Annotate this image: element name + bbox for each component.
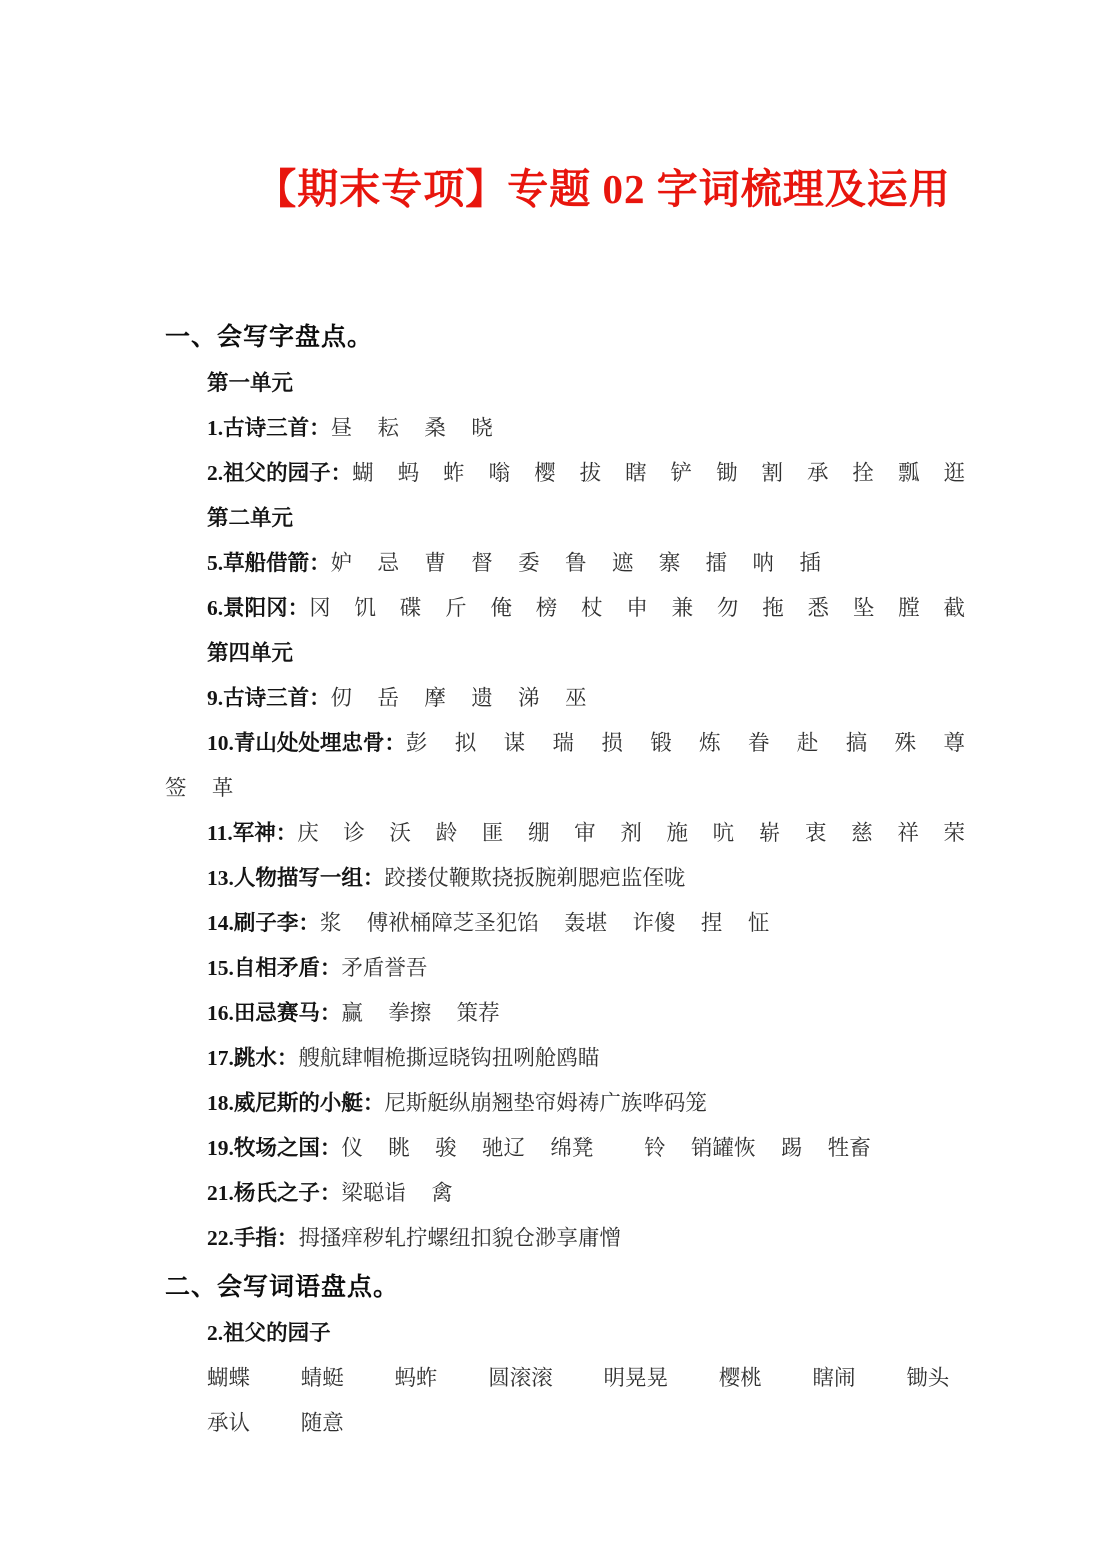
char-list: 昼 耘 桑 晓 xyxy=(331,406,965,451)
char-list: 庆 诊 沃 龄 匪 绷 审 剂 施 吭 崭 衷 慈 祥 荣 xyxy=(297,811,965,856)
char-list: 梁聪诣 禽 xyxy=(341,1171,965,1216)
lesson-line-18: 18.威尼斯的小艇： 尼斯艇纵崩翘垫帘姆祷广族哗码笼 xyxy=(165,1081,965,1126)
unit-label: 第二单元 xyxy=(207,496,293,541)
word-list: 蝴蝶 蜻蜓 蚂蚱 圆滚滚 明晃晃 樱桃 瞎闹 锄头 承认 随意 xyxy=(207,1356,965,1446)
section-2-heading: 二、会写词语盘点。 xyxy=(165,1265,965,1311)
unit-1-heading: 第一单元 xyxy=(165,361,965,406)
char-list: 矛盾誉吾 xyxy=(341,946,965,991)
char-list: 彭 拟 谋 瑞 损 锻 炼 眷 赴 搞 殊 尊 xyxy=(406,721,965,766)
lesson-label: 13.人物描写一组： xyxy=(207,856,384,901)
lesson-label: 11.军神： xyxy=(207,811,297,856)
unit-label: 第四单元 xyxy=(207,631,293,676)
lesson-label: 19.牧场之国： xyxy=(207,1126,341,1171)
document-page: 【期末专项】专题 02 字词梳理及运用 一、会写字盘点。 第一单元 1.古诗三首… xyxy=(0,0,1102,1559)
lesson-line-15: 15.自相矛盾： 矛盾誉吾 xyxy=(165,946,965,991)
lesson-line-17: 17.跳水： 艘航肆帽桅撕逗晓钩扭咧舱鸥瞄 xyxy=(165,1036,965,1081)
lesson-line-10-continuation: 签 革 xyxy=(165,766,965,811)
lesson-line-2b: 2.祖父的园子 xyxy=(165,1311,965,1356)
lesson-line-10: 10.青山处处埋忠骨： 彭 拟 谋 瑞 损 锻 炼 眷 赴 搞 殊 尊 xyxy=(165,721,965,766)
lesson-label: 22.手指： xyxy=(207,1216,298,1261)
lesson-line-1: 1.古诗三首： 昼 耘 桑 晓 xyxy=(165,406,965,451)
unit-label: 第一单元 xyxy=(207,361,293,406)
document-body: 一、会写字盘点。 第一单元 1.古诗三首： 昼 耘 桑 晓 2.祖父的园子： 蝴… xyxy=(165,315,965,1446)
lesson-line-22: 22.手指： 拇搔痒秽轧拧螺纽扣貌仓渺享庸憎 xyxy=(165,1216,965,1261)
lesson-line-21: 21.杨氏之子： 梁聪诣 禽 xyxy=(165,1171,965,1216)
lesson-line-6: 6.景阳冈： 冈 饥 碟 斤 俺 榜 杖 申 兼 勿 拖 悉 坠 膛 截 xyxy=(165,586,965,631)
lesson-label: 17.跳水： xyxy=(207,1036,298,1081)
lesson-line-16: 16.田忌赛马： 赢 拳擦 策荐 xyxy=(165,991,965,1036)
lesson-label: 2.祖父的园子 xyxy=(207,1311,331,1356)
char-list: 蝴 蚂 蚱 嗡 樱 拔 瞎 铲 锄 割 承 拴 瓢 逛 xyxy=(352,451,965,496)
lesson-line-2: 2.祖父的园子： 蝴 蚂 蚱 嗡 樱 拔 瞎 铲 锄 割 承 拴 瓢 逛 xyxy=(165,451,965,496)
lesson-label: 21.杨氏之子： xyxy=(207,1171,341,1216)
lesson-label: 1.古诗三首： xyxy=(207,406,331,451)
lesson-line-9: 9.古诗三首： 仞 岳 摩 遗 涕 巫 xyxy=(165,676,965,721)
lesson-line-5: 5.草船借箭： 妒 忌 曹 督 委 鲁 遮 寨 擂 呐 插 xyxy=(165,541,965,586)
char-list: 艘航肆帽桅撕逗晓钩扭咧舱鸥瞄 xyxy=(298,1036,965,1081)
char-list: 浆 傅袱桶障芝圣犯馅 轰堪 诈傻 捏 怔 xyxy=(320,901,965,946)
lesson-label: 6.景阳冈： xyxy=(207,586,309,631)
char-list: 尼斯艇纵崩翘垫帘姆祷广族哗码笼 xyxy=(384,1081,965,1126)
char-list: 仞 岳 摩 遗 涕 巫 xyxy=(331,676,965,721)
lesson-line-19: 19.牧场之国： 仪 眺 骏 驰辽 绵凳 铃 销罐恢 踢 牲畜 xyxy=(165,1126,965,1171)
char-list: 仪 眺 骏 驰辽 绵凳 铃 销罐恢 踢 牲畜 xyxy=(341,1126,965,1171)
unit-2-heading: 第二单元 xyxy=(165,496,965,541)
lesson-label: 16.田忌赛马： xyxy=(207,991,341,1036)
lesson-label: 9.古诗三首： xyxy=(207,676,331,721)
char-list: 冈 饥 碟 斤 俺 榜 杖 申 兼 勿 拖 悉 坠 膛 截 xyxy=(309,586,965,631)
char-list: 妒 忌 曹 督 委 鲁 遮 寨 擂 呐 插 xyxy=(331,541,965,586)
word-list-line: 蝴蝶 蜻蜓 蚂蚱 圆滚滚 明晃晃 樱桃 瞎闹 锄头 承认 随意 xyxy=(165,1356,965,1446)
lesson-label: 10.青山处处埋忠骨： xyxy=(207,721,406,766)
lesson-label: 15.自相矛盾： xyxy=(207,946,341,991)
section-1-heading: 一、会写字盘点。 xyxy=(165,315,965,361)
char-list: 拇搔痒秽轧拧螺纽扣貌仓渺享庸憎 xyxy=(298,1216,965,1261)
document-title: 【期末专项】专题 02 字词梳理及运用 xyxy=(0,163,1102,215)
lesson-label: 14.刷子李： xyxy=(207,901,320,946)
lesson-label: 5.草船借箭： xyxy=(207,541,331,586)
lesson-line-13: 13.人物描写一组： 跤搂仗鞭欺挠扳腕剃腮疤监侄咙 xyxy=(165,856,965,901)
char-list: 跤搂仗鞭欺挠扳腕剃腮疤监侄咙 xyxy=(384,856,965,901)
char-list: 赢 拳擦 策荐 xyxy=(341,991,965,1036)
lesson-label: 2.祖父的园子： xyxy=(207,451,352,496)
lesson-line-14: 14.刷子李： 浆 傅袱桶障芝圣犯馅 轰堪 诈傻 捏 怔 xyxy=(165,901,965,946)
lesson-line-11: 11.军神： 庆 诊 沃 龄 匪 绷 审 剂 施 吭 崭 衷 慈 祥 荣 xyxy=(165,811,965,856)
unit-4-heading: 第四单元 xyxy=(165,631,965,676)
lesson-label: 18.威尼斯的小艇： xyxy=(207,1081,384,1126)
char-list: 签 革 xyxy=(165,766,965,811)
